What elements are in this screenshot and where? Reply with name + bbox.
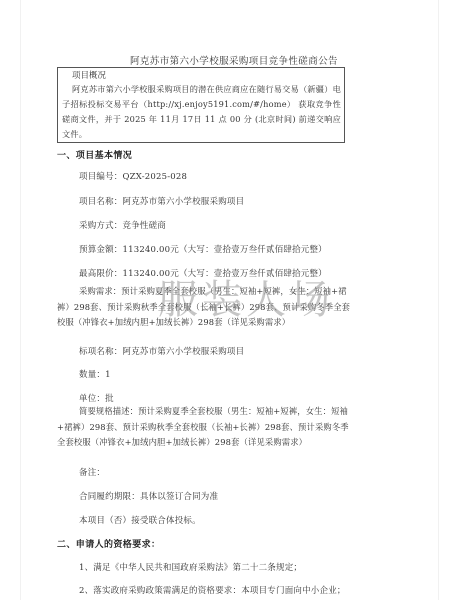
quantity: 数量：1	[79, 368, 111, 380]
document-title: 阿克苏市第六小学校服采购项目竞争性磋商公告	[130, 53, 350, 67]
overview-body: 阿克苏市第六小学校服采购项目的潜在供应商应在随行易交易（新疆）电子招标投标交易平…	[62, 82, 341, 142]
max-price: 最高限价：113240.00元（大写：壹拾壹万叁仟贰佰肆拾元整）	[79, 267, 327, 279]
project-overview-box: 项目概况 阿克苏市第六小学校服采购项目的潜在供应商应在随行易交易（新疆）电子招标…	[57, 67, 345, 143]
contract-term: 合同履约期限：具体以签订合同为准	[79, 490, 218, 502]
project-number: 项目编号：QZX-2025-028	[79, 170, 187, 182]
lot-name: 标项名称：阿克苏市第六小学校服采购项目	[79, 345, 244, 357]
qualification-item-1: 1、满足《中华人民共和国政府采购法》第二十二条规定；	[79, 561, 302, 573]
budget-amount: 预算金额：113240.00元（大写：壹拾壹万叁仟贰佰肆拾元整）	[79, 243, 327, 255]
procurement-requirement: 采购需求：预计采购夏季全套校服（男生：短袖+短裤，女生：短袖+裙裤）298套、预…	[57, 284, 357, 331]
project-name: 项目名称：阿克苏市第六小学校服采购项目	[79, 195, 244, 207]
consortium-bidding: 本项目（否）接受联合体投标。	[79, 514, 201, 526]
qualification-item-2: 2、落实政府采购政策需满足的资格要求：本项目专门面向中小企业；	[79, 584, 346, 596]
unit: 单位：批	[79, 392, 114, 404]
procurement-method: 采购方式：竞争性磋商	[79, 219, 166, 231]
spec-description: 简要规格描述：预计采购夏季全套校服（男生：短袖+短裤，女生：短袖+裙裤）298套…	[57, 404, 357, 451]
section-2-heading: 二、申请人的资格要求：	[57, 537, 160, 550]
overview-heading: 项目概况	[62, 70, 341, 82]
remark: 备注：	[79, 466, 105, 478]
section-1-heading: 一、项目基本情况	[57, 148, 132, 161]
